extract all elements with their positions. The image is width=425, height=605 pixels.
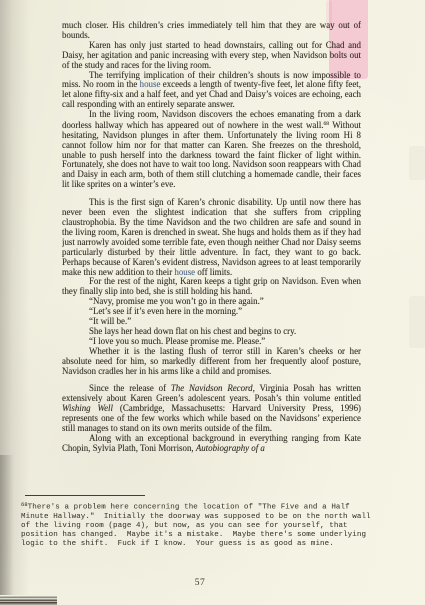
page-number: 57 — [0, 578, 400, 588]
page-bleedthrough-mark — [409, 146, 425, 180]
text-run: Whether it is the lasting flush of terro… — [62, 346, 361, 376]
paragraph: Since the release of The Navidson Record… — [62, 384, 361, 434]
paragraph: This is the first sign of Karen’s chroni… — [62, 198, 361, 277]
footnote-section: 68There's a problem here concerning the … — [21, 495, 373, 549]
text-run: She lays her head down flat on his chest… — [89, 326, 296, 336]
text-run: “I love you so much. Please promise me. … — [89, 336, 265, 346]
title-italic: Wishing Well — [62, 403, 113, 413]
book-page-scan: much closer. His children’s cries immedi… — [0, 0, 425, 605]
title-italic: The Navidson Record — [171, 383, 253, 393]
page-bleedthrough-mark — [409, 296, 425, 348]
text-run: Karen has only just started to head down… — [62, 40, 361, 70]
text-run: off limits. — [195, 267, 232, 277]
text-run: This is the first sign of Karen’s chroni… — [62, 197, 361, 276]
house-word: house — [174, 267, 195, 277]
page-body-text: much closer. His children’s cries immedi… — [62, 21, 361, 499]
paragraph: much closer. His children’s cries immedi… — [62, 21, 361, 41]
text-run: For the rest of the night, Karen keeps a… — [62, 276, 361, 296]
text-run: Without hesitating, Navidson plunges in … — [62, 120, 361, 189]
text-run: There's a problem here concerning the lo… — [21, 503, 371, 548]
house-word: house — [140, 79, 161, 89]
text-run: Since the release of — [89, 383, 171, 393]
paragraph: In the living room, Navidson discovers t… — [62, 110, 361, 190]
text-run: “Navy, promise me you won’t go in there … — [89, 296, 264, 306]
page-edge-stripes — [0, 595, 57, 605]
footnote-text: 68There's a problem here concerning the … — [21, 501, 373, 549]
text-run: much closer. His children’s cries immedi… — [62, 21, 361, 40]
paragraph: The terrifying implication of their chil… — [62, 71, 361, 111]
paragraph: Karen has only just started to head down… — [62, 41, 361, 71]
paragraph: Whether it is the lasting flush of terro… — [62, 347, 361, 377]
footnote-marker: 68 — [21, 502, 28, 508]
text-run: In the living room, Navidson discovers t… — [62, 109, 361, 130]
title-italic: Autobiography of a — [196, 443, 265, 453]
text-run: “It will be.” — [89, 316, 131, 326]
highlighter-mark — [329, 0, 368, 79]
paragraph: For the rest of the night, Karen keeps a… — [62, 277, 361, 297]
footnote-rule — [25, 495, 145, 496]
paragraph: Along with an exceptional background in … — [62, 434, 361, 454]
text-run: “Let’s see if it’s even here in the morn… — [89, 306, 242, 316]
